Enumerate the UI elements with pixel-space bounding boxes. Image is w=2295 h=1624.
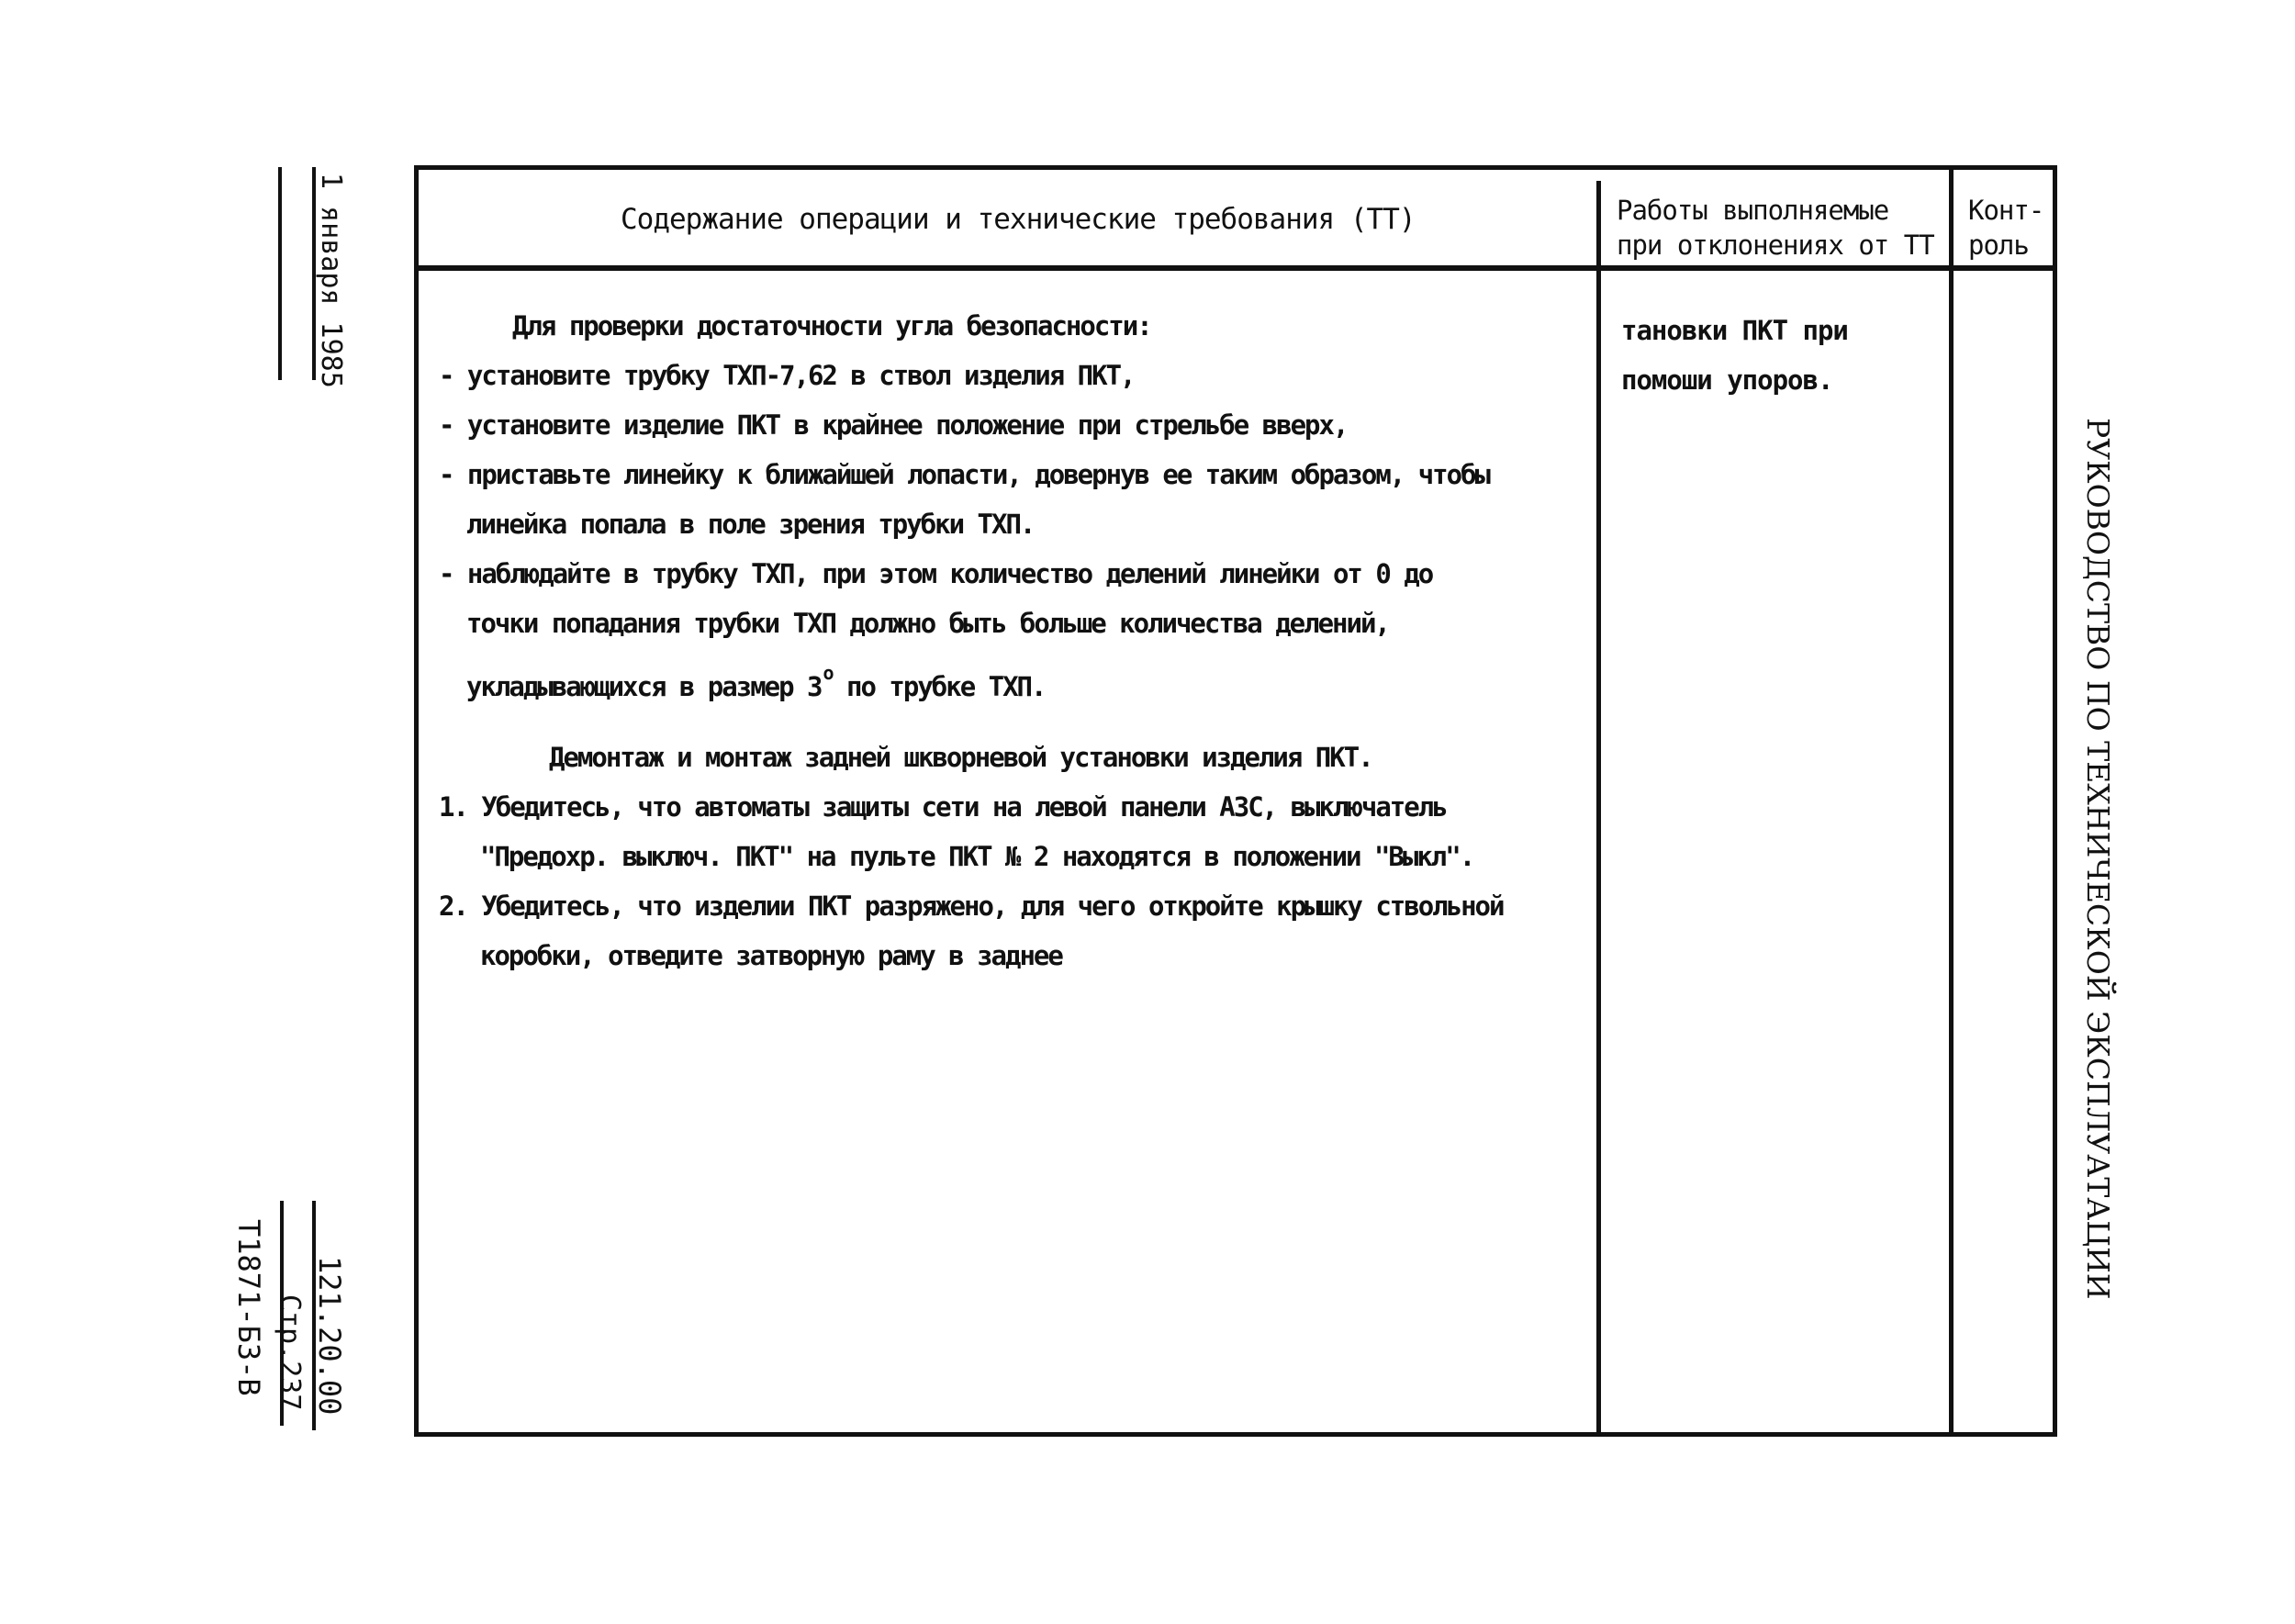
- content-line: - установите трубку ТХП-7,62 в ствол изд…: [439, 351, 1503, 400]
- header-deviations-line2: при отклонениях от ТТ: [1617, 228, 1934, 263]
- content-line: "Предохр. выключ. ПКТ" на пульте ПКТ № 2…: [439, 832, 1503, 881]
- header-control: Конт- роль: [1968, 193, 2043, 263]
- page-number: Стр.237: [274, 1294, 306, 1410]
- series-code: Т1871-Б3-В: [231, 1219, 266, 1396]
- content-line: - установите изделие ПКТ в крайнее полож…: [439, 400, 1503, 450]
- deviation-line: помоши упоров.: [1621, 355, 1848, 405]
- deviations-column: тановки ПКТ при помоши упоров.: [1621, 306, 1848, 405]
- header-control-line2: роль: [1968, 228, 2043, 263]
- content-line: 2. Убедитесь, что изделии ПКТ разряжено,…: [439, 881, 1503, 931]
- content-line: Для проверки достаточности угла безопасн…: [439, 301, 1503, 351]
- header-content: Содержание операции и технические требов…: [621, 202, 1416, 237]
- margin-rule-outer: [278, 167, 282, 380]
- column-divider-1: [1596, 181, 1601, 1432]
- doc-code: 121.20.00: [312, 1256, 347, 1415]
- document-page: 1 января 1985 121.20.00 Стр.237 Т1871-Б3…: [0, 0, 2295, 1624]
- content-line-part: по трубке ТХП.: [846, 671, 1045, 702]
- content-line: 1. Убедитесь, что автоматы защиты сети н…: [439, 782, 1503, 832]
- degree-mark: о: [823, 662, 833, 684]
- header-divider: [419, 265, 2053, 271]
- content-line: укладывающихся в размер 3о по трубке ТХП…: [439, 648, 1503, 698]
- content-column: Для проверки достаточности угла безопасн…: [439, 301, 1503, 980]
- content-line-part: укладывающихся в размер 3: [466, 671, 822, 702]
- content-line: - приставьте линейку к ближайшей лопасти…: [439, 450, 1503, 499]
- date-stamp: 1 января 1985: [315, 173, 347, 388]
- content-line: точки попадания трубки ТХП должно быть б…: [439, 599, 1503, 648]
- header-control-line1: Конт-: [1968, 193, 2043, 228]
- column-divider-2: [1949, 170, 1954, 1432]
- header-deviations: Работы выполняемые при отклонениях от ТТ: [1617, 193, 1934, 263]
- content-line: - наблюдайте в трубку ТХП, при этом коли…: [439, 549, 1503, 599]
- document-side-title: РУКОВОДСТВО ПО ТЕХНИЧЕСКОЙ ЭКСПЛУАТАЦИИ: [2080, 418, 2116, 1300]
- header-deviations-line1: Работы выполняемые: [1617, 193, 1934, 228]
- operations-table: Содержание операции и технические требов…: [414, 165, 2057, 1437]
- content-line: линейка попала в поле зрения трубки ТХП.: [439, 499, 1503, 549]
- content-line: коробки, отведите затворную раму в задне…: [439, 931, 1503, 980]
- section-title: Демонтаж и монтаж задней шкворневой уста…: [439, 733, 1503, 782]
- deviation-line: тановки ПКТ при: [1621, 306, 1848, 355]
